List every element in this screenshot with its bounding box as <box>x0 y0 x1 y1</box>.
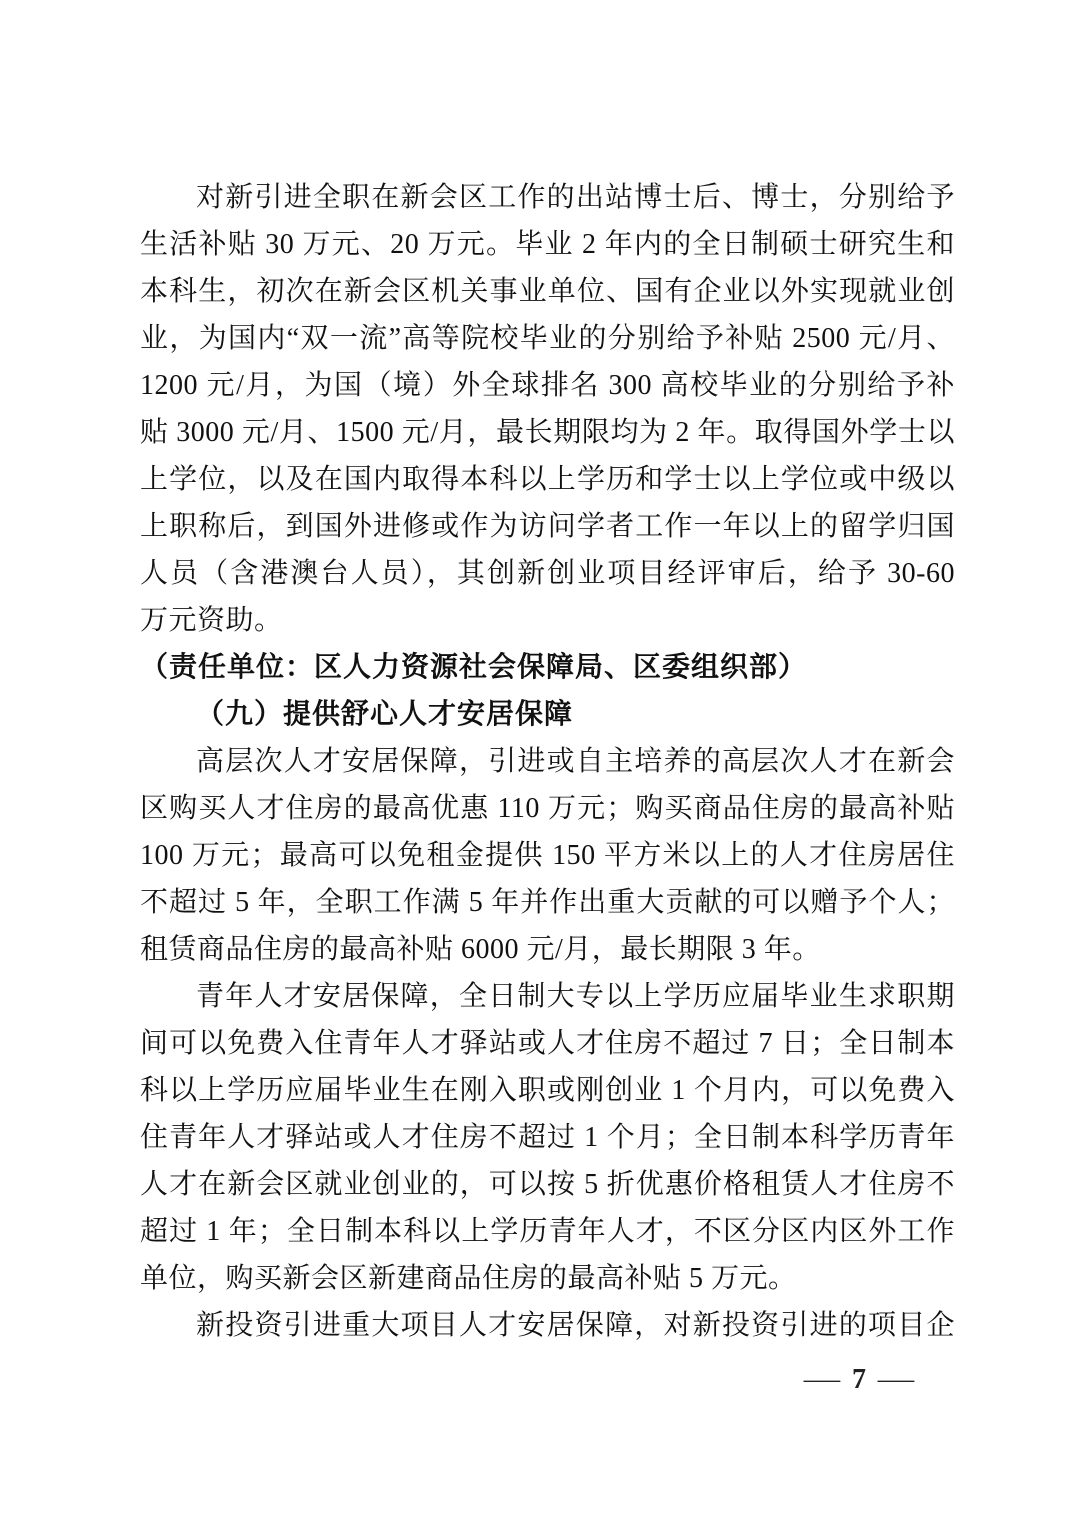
doc-line: 青年人才安居保障，全日制大专以上学历应届毕业生求职期 <box>140 973 955 1020</box>
footer-dash-right: — <box>878 1363 914 1397</box>
doc-line: 上职称后，到国外进修或作为访问学者工作一年以上的留学归国 <box>140 503 955 550</box>
doc-line: 100 万元；最高可以免租金提供 150 平方米以上的人才住房居住 <box>140 832 955 879</box>
section-heading: （九）提供舒心人才安居保障 <box>140 691 955 738</box>
doc-line: 不超过 5 年，全职工作满 5 年并作出重大贡献的可以赠予个人； <box>140 879 955 926</box>
doc-line: 万元资助。 <box>140 597 955 644</box>
doc-line: 人才在新会区就业创业的，可以按 5 折优惠价格租赁人才住房不 <box>140 1161 955 1208</box>
page-number: 7 <box>852 1363 866 1397</box>
doc-line: 间可以免费入住青年人才驿站或人才住房不超过 7 日；全日制本 <box>140 1020 955 1067</box>
doc-line: 新投资引进重大项目人才安居保障，对新投资引进的项目企 <box>140 1302 955 1349</box>
doc-line: 超过 1 年；全日制本科以上学历青年人才，不区分区内区外工作 <box>140 1208 955 1255</box>
doc-line: 租赁商品住房的最高补贴 6000 元/月，最长期限 3 年。 <box>140 926 955 973</box>
doc-line: 贴 3000 元/月、1500 元/月，最长期限均为 2 年。取得国外学士以 <box>140 409 955 456</box>
doc-line: 对新引进全职在新会区工作的出站博士后、博士，分别给予 <box>140 174 955 221</box>
doc-line: 上学位，以及在国内取得本科以上学历和学士以上学位或中级以 <box>140 456 955 503</box>
doc-line: 业，为国内“双一流”高等院校毕业的分别给予补贴 2500 元/月、 <box>140 315 955 362</box>
footer-dash-left: — <box>804 1363 840 1397</box>
responsible-unit-line: （责任单位：区人力资源社会保障局、区委组织部） <box>140 644 955 691</box>
document-body: 对新引进全职在新会区工作的出站博士后、博士，分别给予 生活补贴 30 万元、20… <box>140 174 955 1349</box>
doc-line: 住青年人才驿站或人才住房不超过 1 个月；全日制本科学历青年 <box>140 1114 955 1161</box>
doc-line: 生活补贴 30 万元、20 万元。毕业 2 年内的全日制硕士研究生和 <box>140 221 955 268</box>
doc-line: 人员（含港澳台人员），其创新创业项目经评审后，给予 30-60 <box>140 550 955 597</box>
document-page: 对新引进全职在新会区工作的出站博士后、博士，分别给予 生活补贴 30 万元、20… <box>0 0 1080 1527</box>
page-footer: — 7 — <box>808 1363 910 1397</box>
doc-line: 单位，购买新会区新建商品住房的最高补贴 5 万元。 <box>140 1255 955 1302</box>
doc-line: 高层次人才安居保障，引进或自主培养的高层次人才在新会 <box>140 738 955 785</box>
doc-line: 1200 元/月，为国（境）外全球排名 300 高校毕业的分别给予补 <box>140 362 955 409</box>
doc-line: 区购买人才住房的最高优惠 110 万元；购买商品住房的最高补贴 <box>140 785 955 832</box>
doc-line: 本科生，初次在新会区机关事业单位、国有企业以外实现就业创 <box>140 268 955 315</box>
doc-line: 科以上学历应届毕业生在刚入职或刚创业 1 个月内，可以免费入 <box>140 1067 955 1114</box>
